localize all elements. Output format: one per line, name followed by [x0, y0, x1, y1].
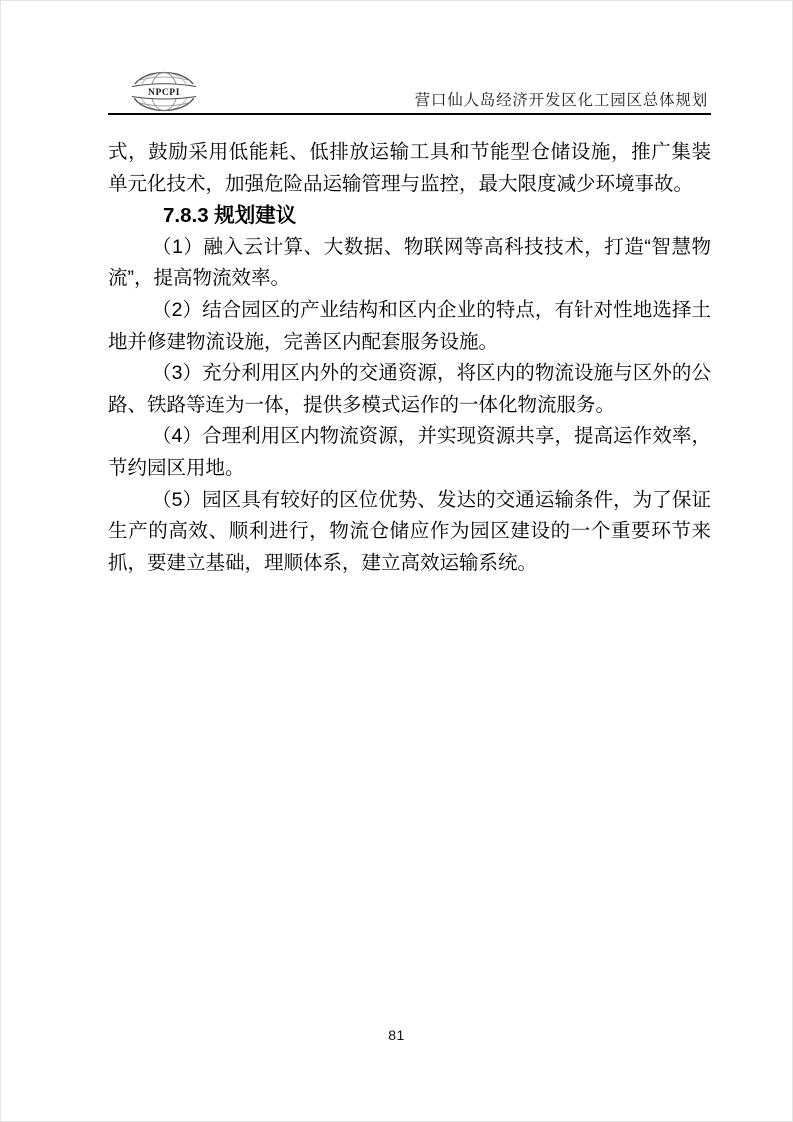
paragraph-item-3: （3）充分利用区内外的交通资源，将区内的物流设施与区外的公路、铁路等连为一体，提… — [108, 358, 711, 421]
globe-parallel-bottom — [138, 103, 190, 107]
header-title: 营口仙人岛经济开发区化工园区总体规划 — [415, 88, 708, 110]
document-page: NPCPI 营口仙人岛经济开发区化工园区总体规划 式，鼓励采用低能耗、低排放运输… — [0, 0, 793, 1122]
paragraph-item-5: （5）园区具有较好的区位优势、发达的交通运输条件，为了保证生产的高效、顺利进行，… — [108, 485, 711, 580]
npcpi-globe-logo: NPCPI — [130, 70, 198, 113]
page-number: 81 — [1, 1027, 792, 1043]
logo-text: NPCPI — [148, 88, 180, 98]
paragraph-item-4: （4）合理利用区内物流资源，并实现资源共享，提高运作效率，节约园区用地。 — [108, 421, 711, 484]
paragraph-item-2: （2）结合园区的产业结构和区内企业的特点，有针对性地选择土地并修建物流设施，完善… — [108, 295, 711, 358]
header-rule — [108, 113, 711, 115]
paragraph-intro-continuation: 式，鼓励采用低能耗、低排放运输工具和节能型仓储设施，推广集装单元化技术，加强危险… — [108, 137, 711, 200]
paragraph-item-1: （1）融入云计算、大数据、物联网等高科技技术，打造“智慧物流”，提高物流效率。 — [108, 232, 711, 295]
section-heading: 7.8.3 规划建议 — [108, 200, 711, 232]
document-body: 式，鼓励采用低能耗、低排放运输工具和节能型仓储设施，推广集装单元化技术，加强危险… — [108, 137, 711, 579]
globe-parallel-top — [138, 77, 190, 81]
